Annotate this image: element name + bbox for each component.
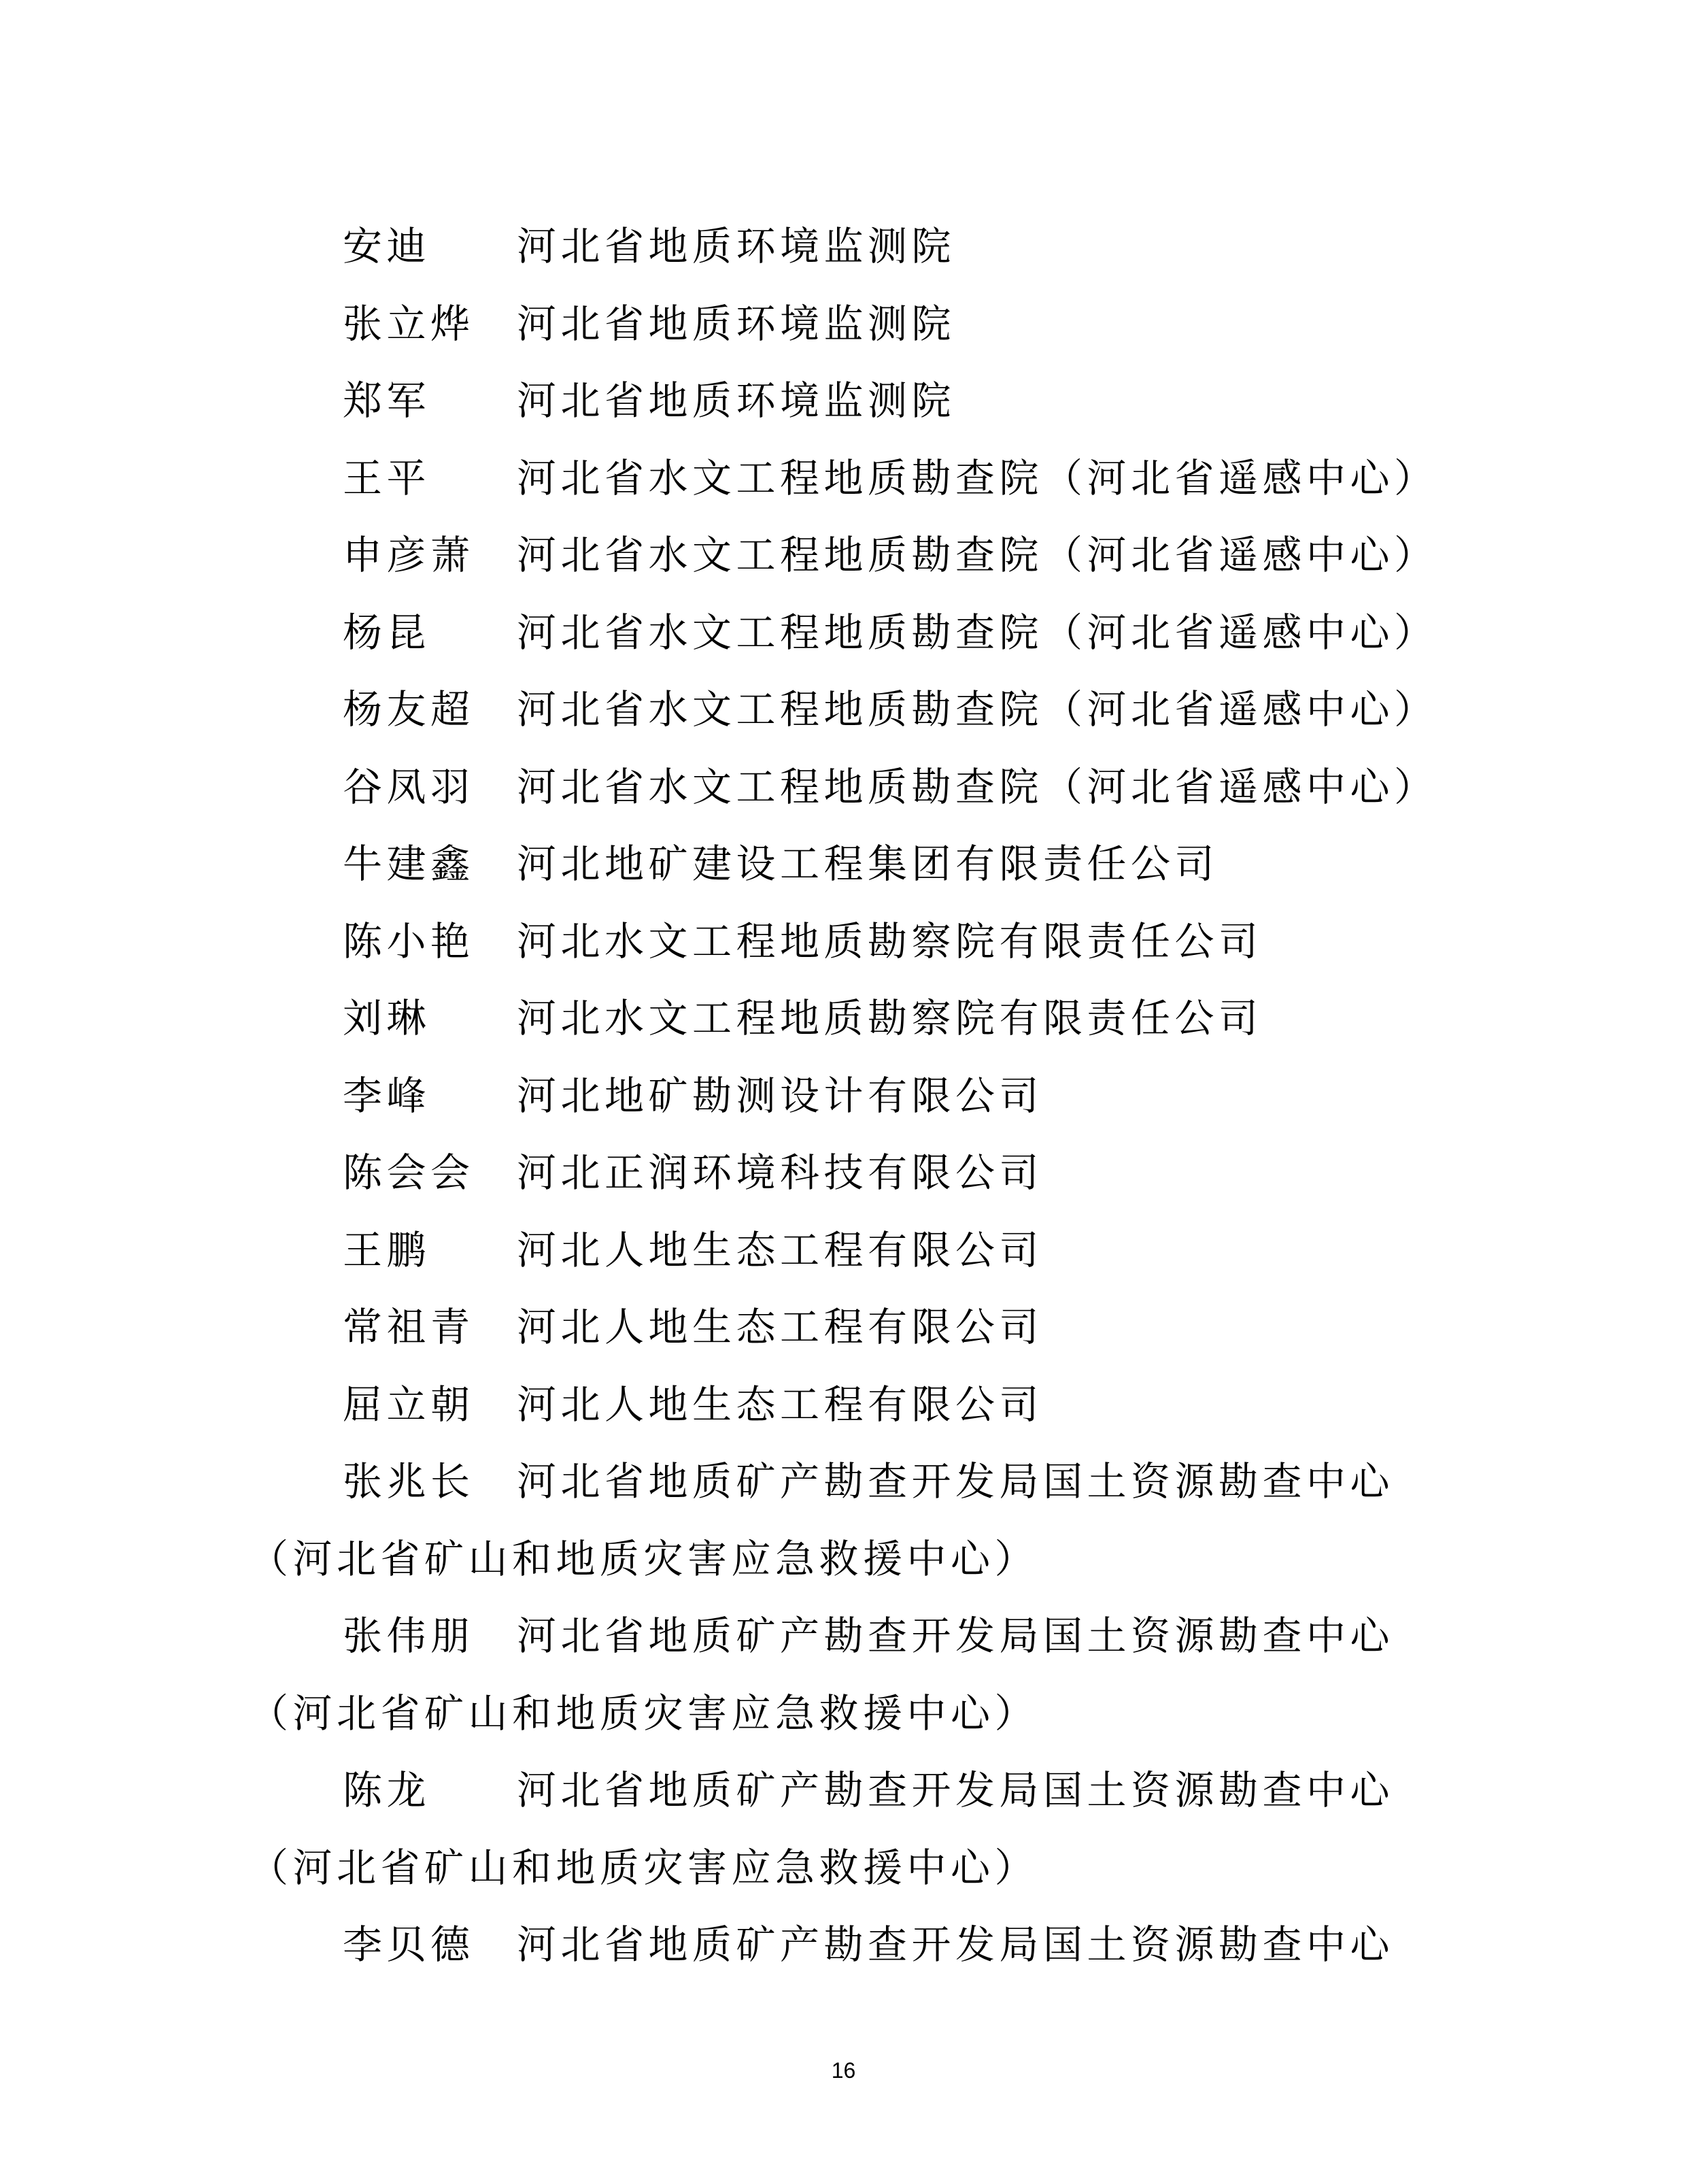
- list-item: 陈会会 河北正润环境科技有限公司: [258, 1135, 1455, 1212]
- organization-name: 河北省水文工程地质勘查院（河北省遥感中心）: [517, 517, 1438, 594]
- person-name: 王平: [343, 440, 517, 518]
- organization-name: 河北人地生态工程有限公司: [517, 1366, 1043, 1444]
- organization-name: 河北省地质环境监测院: [517, 208, 955, 286]
- organization-name-continuation: （河北省矿山和地质灾害应急救援中心）: [249, 1830, 1455, 1907]
- person-name: 安迪: [343, 208, 517, 286]
- person-name: 张伟朋: [343, 1598, 517, 1675]
- document-page: 安迪 河北省地质环境监测院 张立烨 河北省地质环境监测院 郑军 河北省地质环境监…: [0, 0, 1687, 2184]
- person-name: 谷凤羽: [343, 749, 517, 826]
- page-number: 16: [0, 2057, 1687, 2084]
- list-item: 张立烨 河北省地质环境监测院: [258, 286, 1455, 363]
- list-item: 李峰 河北地矿勘测设计有限公司: [258, 1058, 1455, 1135]
- person-name: 牛建鑫: [343, 826, 517, 903]
- list-item: 郑军 河北省地质环境监测院: [258, 363, 1455, 440]
- personnel-list: 安迪 河北省地质环境监测院 张立烨 河北省地质环境监测院 郑军 河北省地质环境监…: [258, 208, 1455, 1984]
- list-item: 常祖青 河北人地生态工程有限公司: [258, 1289, 1455, 1366]
- organization-name: 河北地矿勘测设计有限公司: [517, 1058, 1043, 1135]
- list-item: 陈龙 河北省地质矿产勘查开发局国土资源勘查中心: [258, 1752, 1455, 1830]
- person-name: 杨友超: [343, 671, 517, 749]
- organization-name: 河北省水文工程地质勘查院（河北省遥感中心）: [517, 671, 1438, 749]
- list-item: 申彦萧 河北省水文工程地质勘查院（河北省遥感中心）: [258, 517, 1455, 594]
- person-name: 申彦萧: [343, 517, 517, 594]
- list-item: 杨友超 河北省水文工程地质勘查院（河北省遥感中心）: [258, 671, 1455, 749]
- person-name: 杨昆: [343, 594, 517, 672]
- organization-name: 河北省水文工程地质勘查院（河北省遥感中心）: [517, 594, 1438, 672]
- organization-name: 河北人地生态工程有限公司: [517, 1289, 1043, 1366]
- list-item: 屈立朝 河北人地生态工程有限公司: [258, 1366, 1455, 1444]
- person-name: 屈立朝: [343, 1366, 517, 1444]
- list-item: 张伟朋 河北省地质矿产勘查开发局国土资源勘查中心: [258, 1598, 1455, 1675]
- organization-name: 河北省地质矿产勘查开发局国土资源勘查中心: [517, 1906, 1394, 1984]
- person-name: 李贝德: [343, 1906, 517, 1984]
- organization-name: 河北正润环境科技有限公司: [517, 1135, 1043, 1212]
- organization-name: 河北省地质矿产勘查开发局国土资源勘查中心: [517, 1443, 1394, 1521]
- list-item: 谷凤羽 河北省水文工程地质勘查院（河北省遥感中心）: [258, 749, 1455, 826]
- organization-name: 河北省地质矿产勘查开发局国土资源勘查中心: [517, 1752, 1394, 1830]
- person-name: 王鹏: [343, 1212, 517, 1290]
- organization-name: 河北地矿建设工程集团有限责任公司: [517, 826, 1219, 903]
- organization-name: 河北人地生态工程有限公司: [517, 1212, 1043, 1290]
- person-name: 陈小艳: [343, 903, 517, 981]
- list-item: 张兆长 河北省地质矿产勘查开发局国土资源勘查中心: [258, 1443, 1455, 1521]
- list-item: 王平 河北省水文工程地质勘查院（河北省遥感中心）: [258, 440, 1455, 518]
- person-name: 李峰: [343, 1058, 517, 1135]
- list-item: 陈小艳 河北水文工程地质勘察院有限责任公司: [258, 903, 1455, 981]
- organization-name: 河北水文工程地质勘察院有限责任公司: [517, 903, 1263, 981]
- list-item: 牛建鑫 河北地矿建设工程集团有限责任公司: [258, 826, 1455, 903]
- list-item: 杨昆 河北省水文工程地质勘查院（河北省遥感中心）: [258, 594, 1455, 672]
- organization-name: 河北省地质矿产勘查开发局国土资源勘查中心: [517, 1598, 1394, 1675]
- person-name: 张兆长: [343, 1443, 517, 1521]
- list-item: 李贝德 河北省地质矿产勘查开发局国土资源勘查中心: [258, 1906, 1455, 1984]
- person-name: 郑军: [343, 363, 517, 440]
- person-name: 陈会会: [343, 1135, 517, 1212]
- person-name: 刘琳: [343, 980, 517, 1058]
- person-name: 陈龙: [343, 1752, 517, 1830]
- list-item: 安迪 河北省地质环境监测院: [258, 208, 1455, 286]
- organization-name: 河北水文工程地质勘察院有限责任公司: [517, 980, 1263, 1058]
- person-name: 张立烨: [343, 286, 517, 363]
- organization-name-continuation: （河北省矿山和地质灾害应急救援中心）: [249, 1521, 1455, 1598]
- list-item: 王鹏 河北人地生态工程有限公司: [258, 1212, 1455, 1290]
- person-name: 常祖青: [343, 1289, 517, 1366]
- organization-name: 河北省水文工程地质勘查院（河北省遥感中心）: [517, 440, 1438, 518]
- organization-name: 河北省地质环境监测院: [517, 286, 955, 363]
- organization-name-continuation: （河北省矿山和地质灾害应急救援中心）: [249, 1675, 1455, 1753]
- organization-name: 河北省地质环境监测院: [517, 363, 955, 440]
- organization-name: 河北省水文工程地质勘查院（河北省遥感中心）: [517, 749, 1438, 826]
- list-item: 刘琳 河北水文工程地质勘察院有限责任公司: [258, 980, 1455, 1058]
